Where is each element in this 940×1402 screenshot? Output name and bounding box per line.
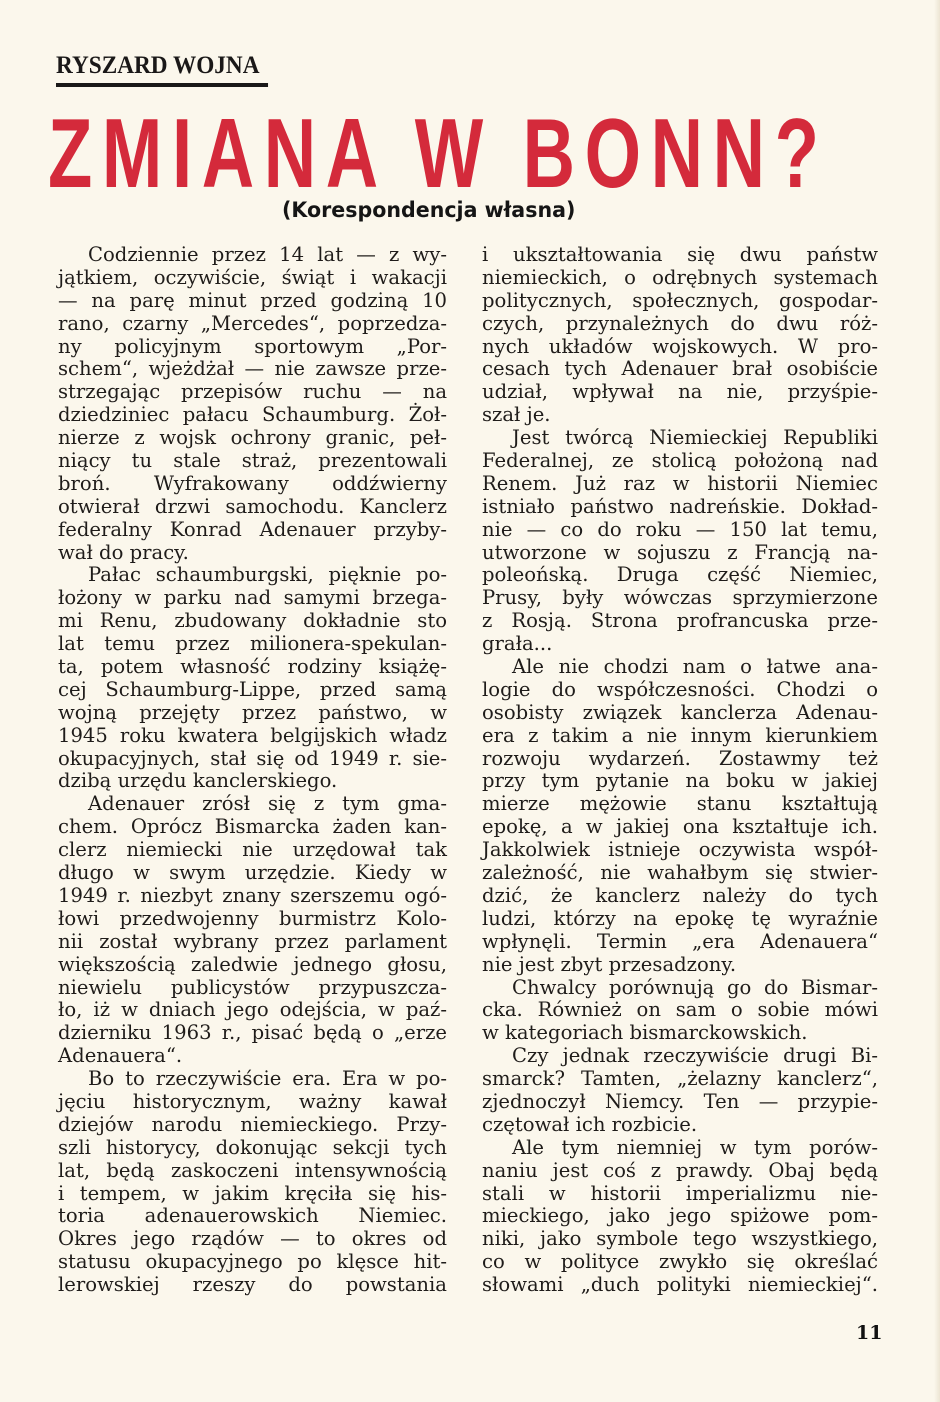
text-line: Codziennie przez 14 lat — z wy- <box>58 244 447 267</box>
page-number: 11 <box>856 1322 882 1344</box>
text-line: ło, iż w dniach jego odejścia, w paź- <box>58 999 447 1022</box>
author-byline: RYSZARD WOJNA <box>56 52 268 87</box>
text-line: co w polityce zwykło się określać <box>482 1251 878 1274</box>
text-line: wojną przejęty przez państwo, w <box>58 702 447 725</box>
text-line: nie jest zbyt przesadzony. <box>482 954 878 977</box>
text-line: dzierniku 1963 r., pisać będą o „erze <box>58 1022 447 1045</box>
text-line: epokę, a w jakiej ona kształtuje ich. <box>482 816 878 839</box>
text-line: Ale tym niemniej w tym porów- <box>482 1137 878 1160</box>
text-line: federalny Konrad Adenauer przyby- <box>58 519 447 542</box>
text-line: łowi przedwojenny burmistrz Kolo- <box>58 908 447 931</box>
text-line: Czy jednak rzeczywiście drugi Bi- <box>482 1045 878 1068</box>
text-line: Okres jego rządów — to okres od <box>58 1228 447 1251</box>
text-line: Chwalcy porównują go do Bismar- <box>482 977 878 1000</box>
text-line: szli historycy, dokonując sekcji tych <box>58 1137 447 1160</box>
text-line: chem. Oprócz Bismarcka żaden kan- <box>58 816 447 839</box>
text-line: dzibą urzędu kanclerskiego. <box>58 770 447 793</box>
text-line: politycznych, społecznych, gospodar- <box>482 290 878 313</box>
text-line: niki, jako symbole tego wszystkiego, <box>482 1228 878 1251</box>
text-line: statusu okupacyjnego po klęsce hit- <box>58 1251 447 1274</box>
text-line: 1945 roku kwatera belgijskich władz <box>58 725 447 748</box>
text-line: udział, wpływał na nie, przyśpie- <box>482 381 878 404</box>
text-line: naniu jest coś z prawdy. Obaj będą <box>482 1160 878 1183</box>
text-line: w kategoriach bismarckowskich. <box>482 1022 878 1045</box>
text-line: czych, przynależnych do dwu róż- <box>482 313 878 336</box>
text-line: cesach tych Adenauer brał osobiście <box>482 358 878 381</box>
text-line: mi Renu, zbudowany dokładnie sto <box>58 610 447 633</box>
text-line: jęciu historycznym, ważny kawał <box>58 1091 447 1114</box>
text-line: cej Schaumburg-Lippe, przed samą <box>58 679 447 702</box>
text-line: era z takim a nie innym kierunkiem <box>482 725 878 748</box>
article-title: ZMIANA W BONN? <box>48 104 655 202</box>
text-line: nie — co do roku — 150 lat temu, <box>482 519 878 542</box>
text-line: długo w swym urzędzie. Kiedy w <box>58 862 447 885</box>
text-column-left: Codziennie przez 14 lat — z wy-jątkiem, … <box>58 244 447 1297</box>
text-line: schem“, wjeżdżał — nie zawsze prze- <box>58 358 447 381</box>
text-line: mierze mężowie stanu kształtują <box>482 793 878 816</box>
text-line: — na parę minut przed godziną 10 <box>58 290 447 313</box>
text-line: dziedziniec pałacu Schaumburg. Żoł- <box>58 404 447 427</box>
text-line: słowami „duch polityki niemieckiej“. <box>482 1274 878 1297</box>
text-line: niewielu publicystów przypuszcza- <box>58 977 447 1000</box>
text-line: istniało państwo nadreńskie. Dokład- <box>482 496 878 519</box>
text-line: Pałac schaumburgski, pięknie po- <box>58 564 447 587</box>
text-line: Jakkolwiek istnieje oczywista współ- <box>482 839 878 862</box>
text-line: Federalnej, ze stolicą położoną nad <box>482 450 878 473</box>
text-line: ny policyjnym sportowym „Por- <box>58 336 447 359</box>
text-line: Ale nie chodzi nam o łatwe ana- <box>482 656 878 679</box>
text-line: wpłynęli. Termin „era Adenauera“ <box>482 931 878 954</box>
text-line: szał je. <box>482 404 878 427</box>
text-line: rano, czarny „Mercedes“, poprzedza- <box>58 313 447 336</box>
text-line: smarck? Tamten, „żelazny kanclerz“, <box>482 1068 878 1091</box>
text-line: nii został wybrany przez parlament <box>58 931 447 954</box>
text-line: większością zaledwie jednego głosu, <box>58 954 447 977</box>
article-subtitle: (Korespondencja własna) <box>282 198 575 222</box>
text-column-right: i ukształtowania się dwu państwniemiecki… <box>482 244 878 1297</box>
text-line: łożony w parku nad samymi brzega- <box>58 587 447 610</box>
text-line: broń. Wyfrakowany oddźwierny <box>58 473 447 496</box>
text-line: Bo to rzeczywiście era. Era w po- <box>58 1068 447 1091</box>
text-line: osobisty związek kanclerza Adenau- <box>482 702 878 725</box>
text-line: mieckiego, jako jego spiżowe pom- <box>482 1205 878 1228</box>
text-line: Jest twórcą Niemieckiej Republiki <box>482 427 878 450</box>
text-line: toria adenauerowskich Niemiec. <box>58 1205 447 1228</box>
text-line: jątkiem, oczywiście, świąt i wakacji <box>58 267 447 290</box>
text-line: lerowskiej rzeszy do powstania <box>58 1274 447 1297</box>
text-line: zależność, nie wahałbym się stwier- <box>482 862 878 885</box>
text-line: nierze z wojsk ochrony granic, peł- <box>58 427 447 450</box>
text-line: lat, będą zaskoczeni intensywnością <box>58 1160 447 1183</box>
text-line: grała... <box>482 633 878 656</box>
text-line: okupacyjnych, stał się od 1949 r. sie- <box>58 748 447 771</box>
text-line: strzegając przepisów ruchu — na <box>58 381 447 404</box>
text-line: 1949 r. niezbyt znany szerszemu ogó- <box>58 885 447 908</box>
text-line: utworzone w sojuszu z Francją na- <box>482 542 878 565</box>
text-line: cka. Również on sam o sobie mówi <box>482 999 878 1022</box>
text-line: stali w historii imperializmu nie- <box>482 1183 878 1206</box>
text-line: przy tym pytanie na boku w jakiej <box>482 770 878 793</box>
text-line: i ukształtowania się dwu państw <box>482 244 878 267</box>
text-line: niemieckich, o odrębnych systemach <box>482 267 878 290</box>
text-line: rozwoju wydarzeń. Zostawmy też <box>482 748 878 771</box>
text-line: z Rosją. Strona profrancuska prze- <box>482 610 878 633</box>
text-line: zjednoczył Niemcy. Ten — przypie- <box>482 1091 878 1114</box>
text-line: ta, potem własność rodziny książę- <box>58 656 447 679</box>
text-line: Adenauer zrósł się z tym gma- <box>58 793 447 816</box>
text-line: ludzi, którzy na epokę tę wyraźnie <box>482 908 878 931</box>
text-line: logie do współczesności. Chodzi o <box>482 679 878 702</box>
text-line: dzić, że kanclerz należy do tych <box>482 885 878 908</box>
text-line: clerz niemiecki nie urzędował tak <box>58 839 447 862</box>
text-line: poleońską. Druga część Niemiec, <box>482 564 878 587</box>
text-line: Prusy, były wówczas sprzymierzone <box>482 587 878 610</box>
text-line: dziejów narodu niemieckiego. Przy- <box>58 1114 447 1137</box>
page-edge <box>934 0 940 1402</box>
text-line: Renem. Już raz w historii Niemiec <box>482 473 878 496</box>
text-line: Adenauera“. <box>58 1045 447 1068</box>
text-line: nych układów wojskowych. W pro- <box>482 336 878 359</box>
text-line: niący tu stale straż, prezentowali <box>58 450 447 473</box>
text-line: wał do pracy. <box>58 542 447 565</box>
text-line: czętował ich rozbicie. <box>482 1114 878 1137</box>
text-line: lat temu przez milionera-spekulan- <box>58 633 447 656</box>
text-line: i tempem, w jakim kręciła się his- <box>58 1183 447 1206</box>
text-line: otwierał drzwi samochodu. Kanclerz <box>58 496 447 519</box>
